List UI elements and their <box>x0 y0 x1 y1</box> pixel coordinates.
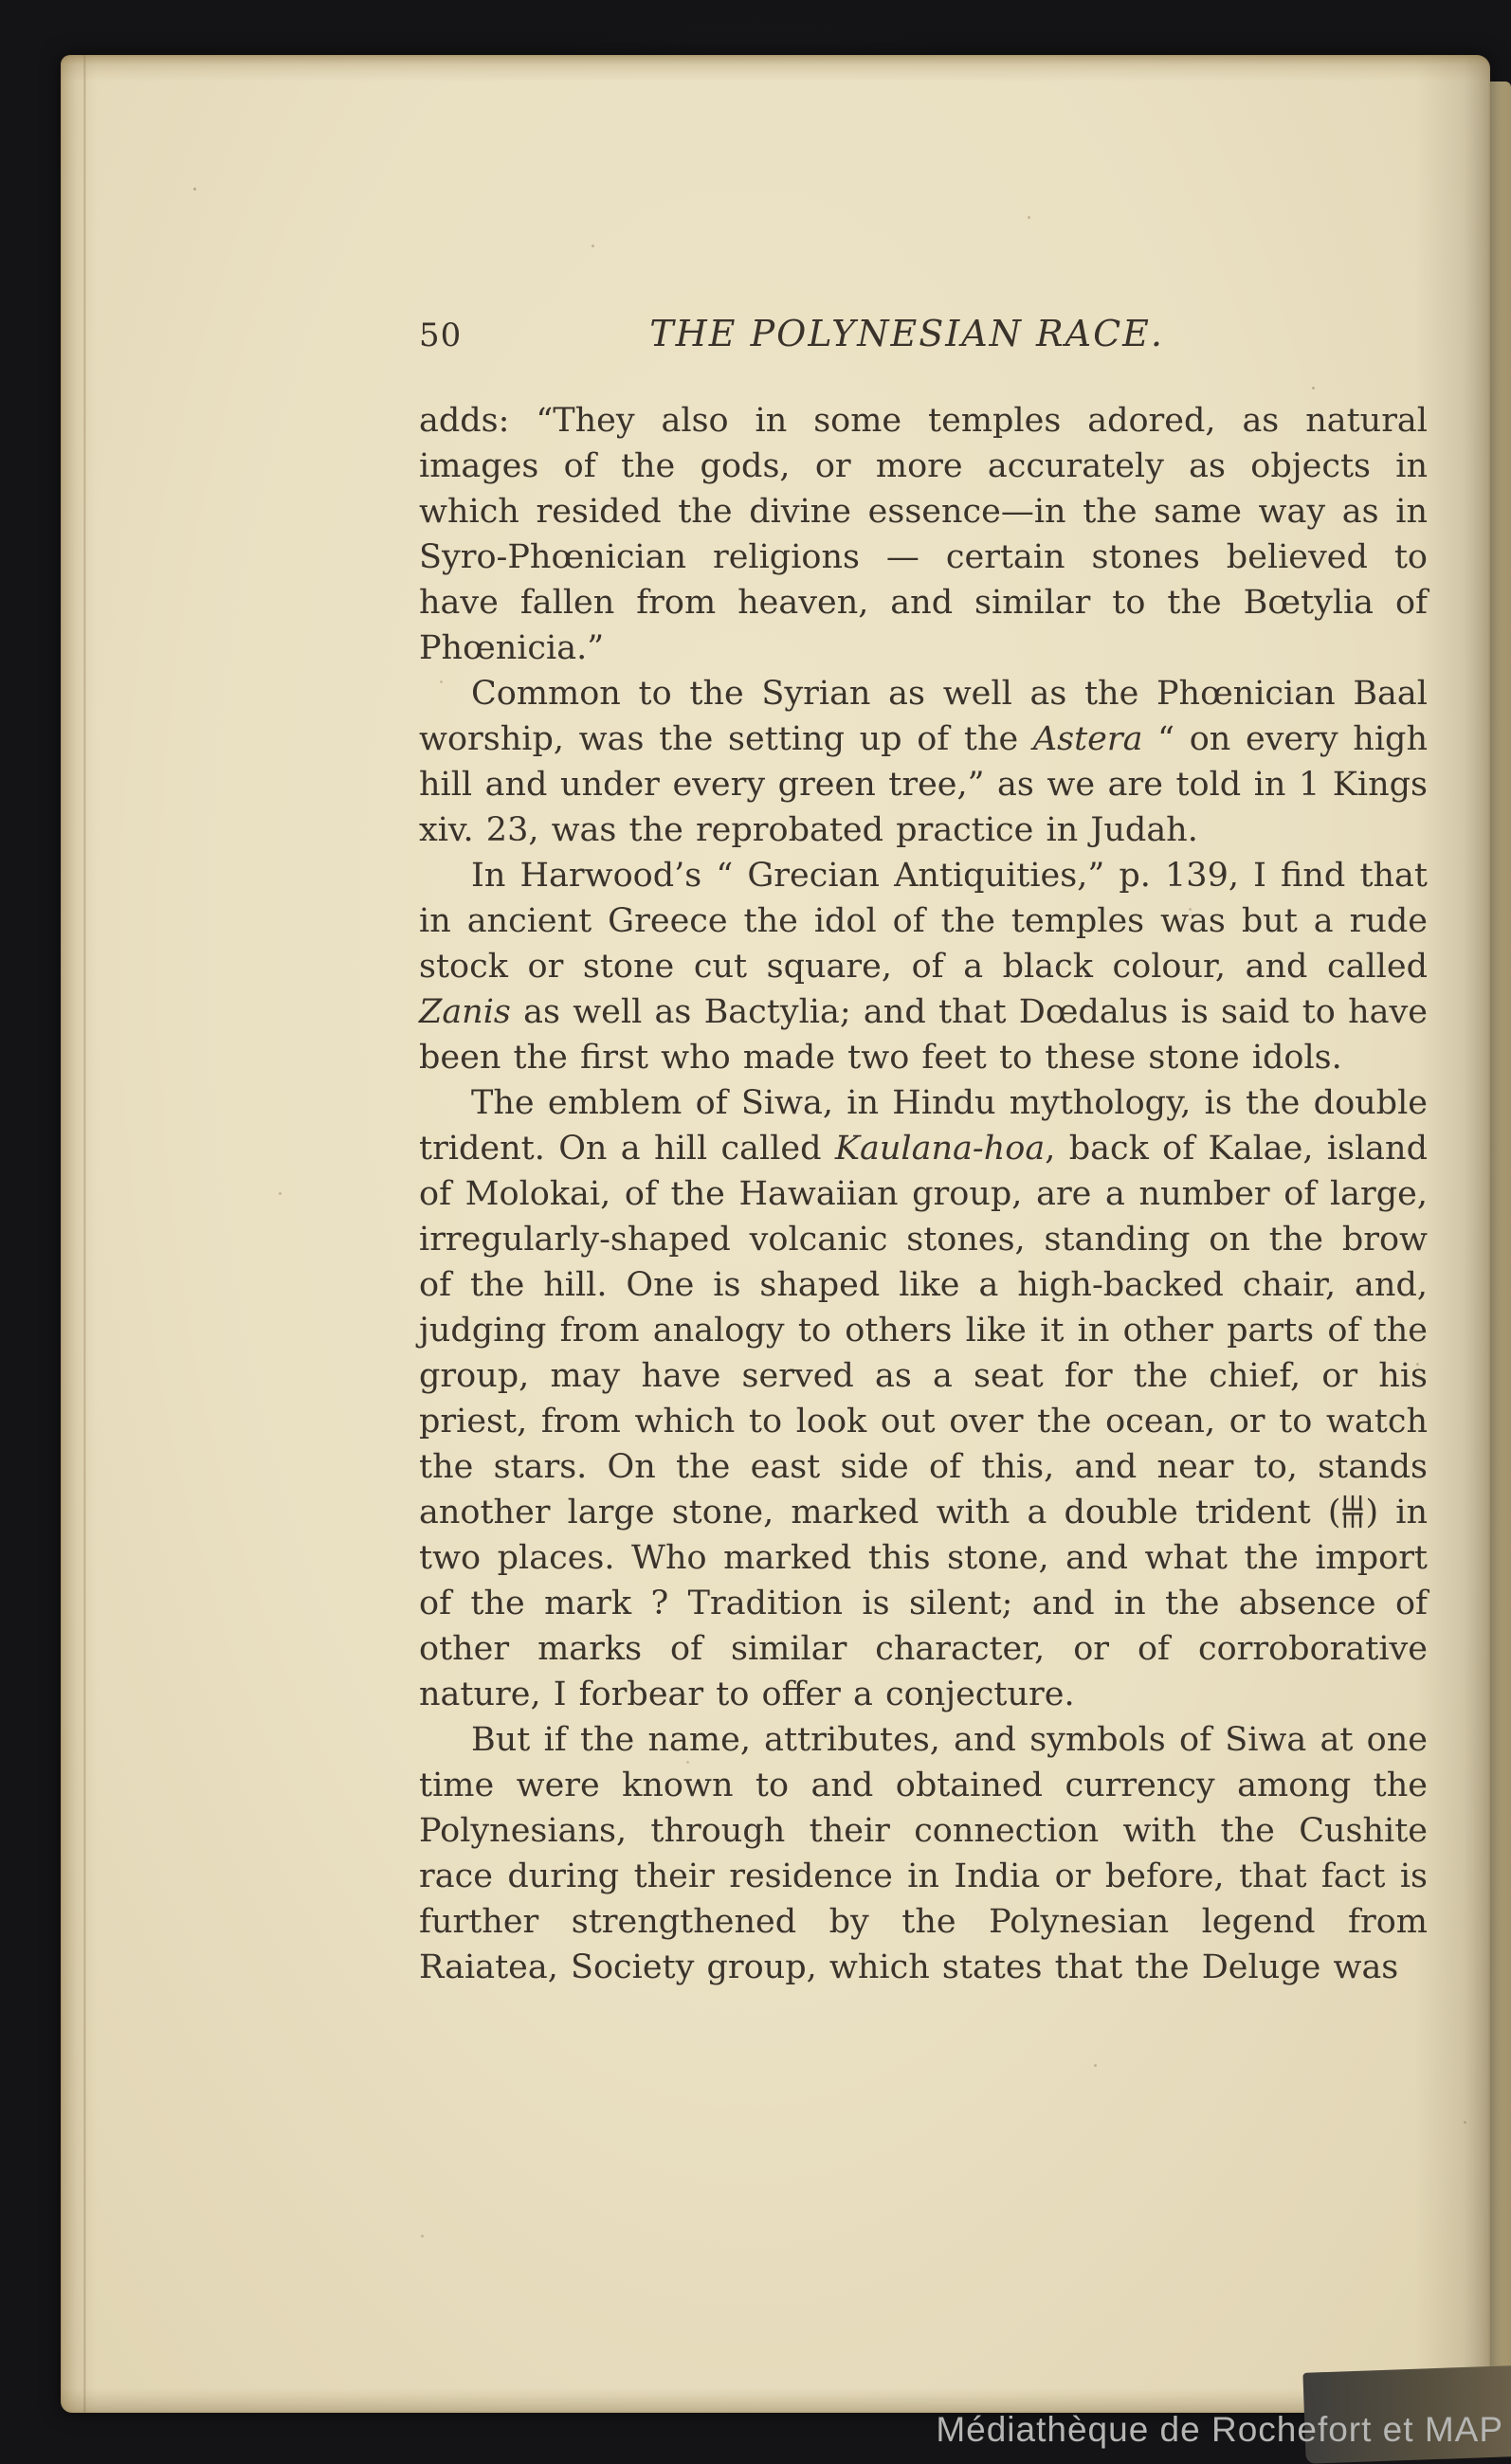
running-title: THE POLYNESIAN RACE. <box>462 313 1352 354</box>
text-run: adds: “They also in some temples adored,… <box>419 402 1428 667</box>
italic-text: Astera <box>1033 720 1143 758</box>
page-header: 50 THE POLYNESIAN RACE. <box>419 313 1428 358</box>
text-run: In Harwood’s “ Grecian Antiquities,” p. … <box>419 857 1428 986</box>
text-run: as well as Bactylia; and that Dœdalus is… <box>419 993 1428 1077</box>
italic-text: Kaulana-hoa <box>835 1130 1045 1168</box>
text-run: But if the name, attributes, and symbols… <box>419 1721 1428 1986</box>
italic-text: Zanis <box>419 993 511 1031</box>
text-run: , back of Kalae, island of Molokai, of t… <box>419 1130 1428 1531</box>
double-trident-icon <box>1340 1493 1365 1531</box>
paragraph: In Harwood’s “ Grecian Antiquities,” p. … <box>419 853 1428 1080</box>
book-page: 50 THE POLYNESIAN RACE. adds: “They also… <box>61 55 1490 2413</box>
scan-background: 50 THE POLYNESIAN RACE. adds: “They also… <box>0 0 1511 2457</box>
paragraph: But if the name, attributes, and symbols… <box>419 1717 1428 1990</box>
printed-area: 50 THE POLYNESIAN RACE. adds: “They also… <box>419 313 1428 1990</box>
paragraph: adds: “They also in some temples adored,… <box>419 398 1428 671</box>
paragraph: The emblem of Siwa, in Hindu mythology, … <box>419 1080 1428 1717</box>
page-number: 50 <box>419 317 462 354</box>
text-body: adds: “They also in some temples adored,… <box>419 398 1428 1990</box>
paper-specks <box>193 188 196 190</box>
library-watermark: Médiathèque de Rochefort et MAP <box>936 2410 1503 2450</box>
paragraph: Common to the Syrian as well as the Phœn… <box>419 671 1428 853</box>
